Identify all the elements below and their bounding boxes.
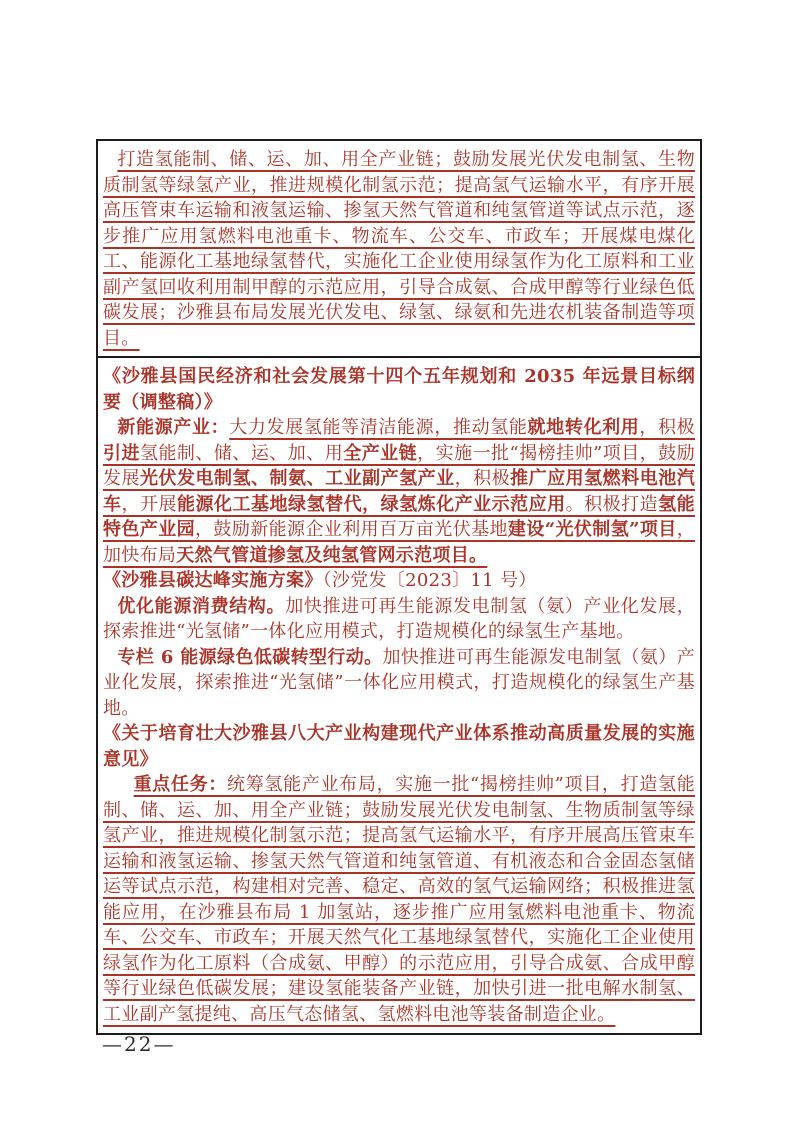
paragraph: 《沙雅县国民经济和社会发展第十四个五年规划和 2035 年远景目标纲要（调整稿）… — [103, 364, 695, 415]
paragraph: 专栏 6 能源绿色低碳转型行动。加快推进可再生能源发电制氢（氨）产业化发展，探索… — [103, 645, 695, 722]
table-cell-excerpt-2: 《沙雅县国民经济和社会发展第十四个五年规划和 2035 年远景目标纲要（调整稿）… — [98, 358, 700, 1033]
text-run: 氢能制、储、运、加、用 — [140, 443, 343, 464]
text-run: 《沙雅县国民经济和社会发展第十四个五年规划和 2035 年远景目标纲要（调整稿）… — [103, 366, 695, 413]
text-run: 。积极打造 — [566, 494, 659, 515]
paragraph: 打造氢能制、储、运、加、用全产业链；鼓励发展光伏发电制氢、生物质制氢等绿氢产业，… — [103, 147, 695, 351]
text-run: 统筹氢能产业布局，实施一批“揭榜挂帅”项目，打造氢能制、储、运、加、用全产业链；… — [103, 774, 695, 1025]
text-run: （沙党发〔2023〕11 号） — [323, 570, 537, 591]
text-run: 打造氢能制、储、运、加、用全产业链；鼓励发展光伏发电制氢、生物质制氢等绿氢产业，… — [103, 149, 695, 349]
text-run: 引进 — [103, 443, 140, 464]
text-run: ，开展 — [122, 494, 178, 515]
paragraph: 新能源产业：大力发展氢能等清洁能源，推动氢能就地转化利用，积极引进氢能制、储、运… — [103, 415, 695, 568]
text-run: 大力发展氢能等清洁能源，推动氢能 — [229, 417, 527, 438]
text-run: 《关于培育壮大沙雅县八大产业构建现代产业体系推动高质量发展的实施意见》 — [103, 723, 695, 770]
text-run: 优化能源消费结构。 — [117, 596, 285, 617]
paragraph: 优化能源消费结构。加快推进可再生能源发电制氢（氨）产业化发展，探索推进“光氢储”… — [103, 594, 695, 645]
text-run: 《沙雅县碳达峰实施方案》 — [103, 570, 323, 591]
paragraph: 《关于培育壮大沙雅县八大产业构建现代产业体系推动高质量发展的实施意见》 — [103, 721, 695, 772]
text-run: 专栏 6 能源绿色低碳转型行动。 — [117, 647, 382, 668]
document-page: 打造氢能制、储、运、加、用全产业链；鼓励发展光伏发电制氢、生物质制氢等绿氢产业，… — [0, 0, 793, 1122]
paragraph: 重点任务：统筹氢能产业布局，实施一批“揭榜挂帅”项目，打造氢能制、储、运、加、用… — [103, 772, 695, 1027]
text-run: 新能源产业： — [117, 417, 229, 438]
text-run: 能源化工基地绿氢替代，绿氢炼化产业示范应用 — [177, 494, 566, 515]
text-run: 光伏发电制氢、制氨、工业副产氢产业 — [140, 468, 455, 489]
text-run: 重点任务： — [134, 774, 227, 795]
text-run: ，积极 — [455, 468, 511, 489]
text-run: 建设“光伏制氢”项目 — [508, 519, 677, 540]
table-cell-excerpt-1: 打造氢能制、储、运、加、用全产业链；鼓励发展光伏发电制氢、生物质制氢等绿氢产业，… — [98, 141, 700, 358]
text-run: ，鼓励新能源企业利用百万亩光伏基地 — [195, 519, 508, 540]
text-run: 就地转化利用 — [528, 417, 640, 438]
text-run: 天然气管道掺氢及纯氢管网示范项目。 — [176, 545, 487, 566]
paragraph: 《沙雅县碳达峰实施方案》（沙党发〔2023〕11 号） — [103, 568, 695, 594]
text-run: ，积极 — [639, 417, 695, 438]
page-number: —22— — [102, 1032, 175, 1056]
policy-excerpt-table: 打造氢能制、储、运、加、用全产业链；鼓励发展光伏发电制氢、生物质制氢等绿氢产业，… — [96, 139, 702, 1035]
text-run: 全产业链 — [343, 443, 417, 464]
